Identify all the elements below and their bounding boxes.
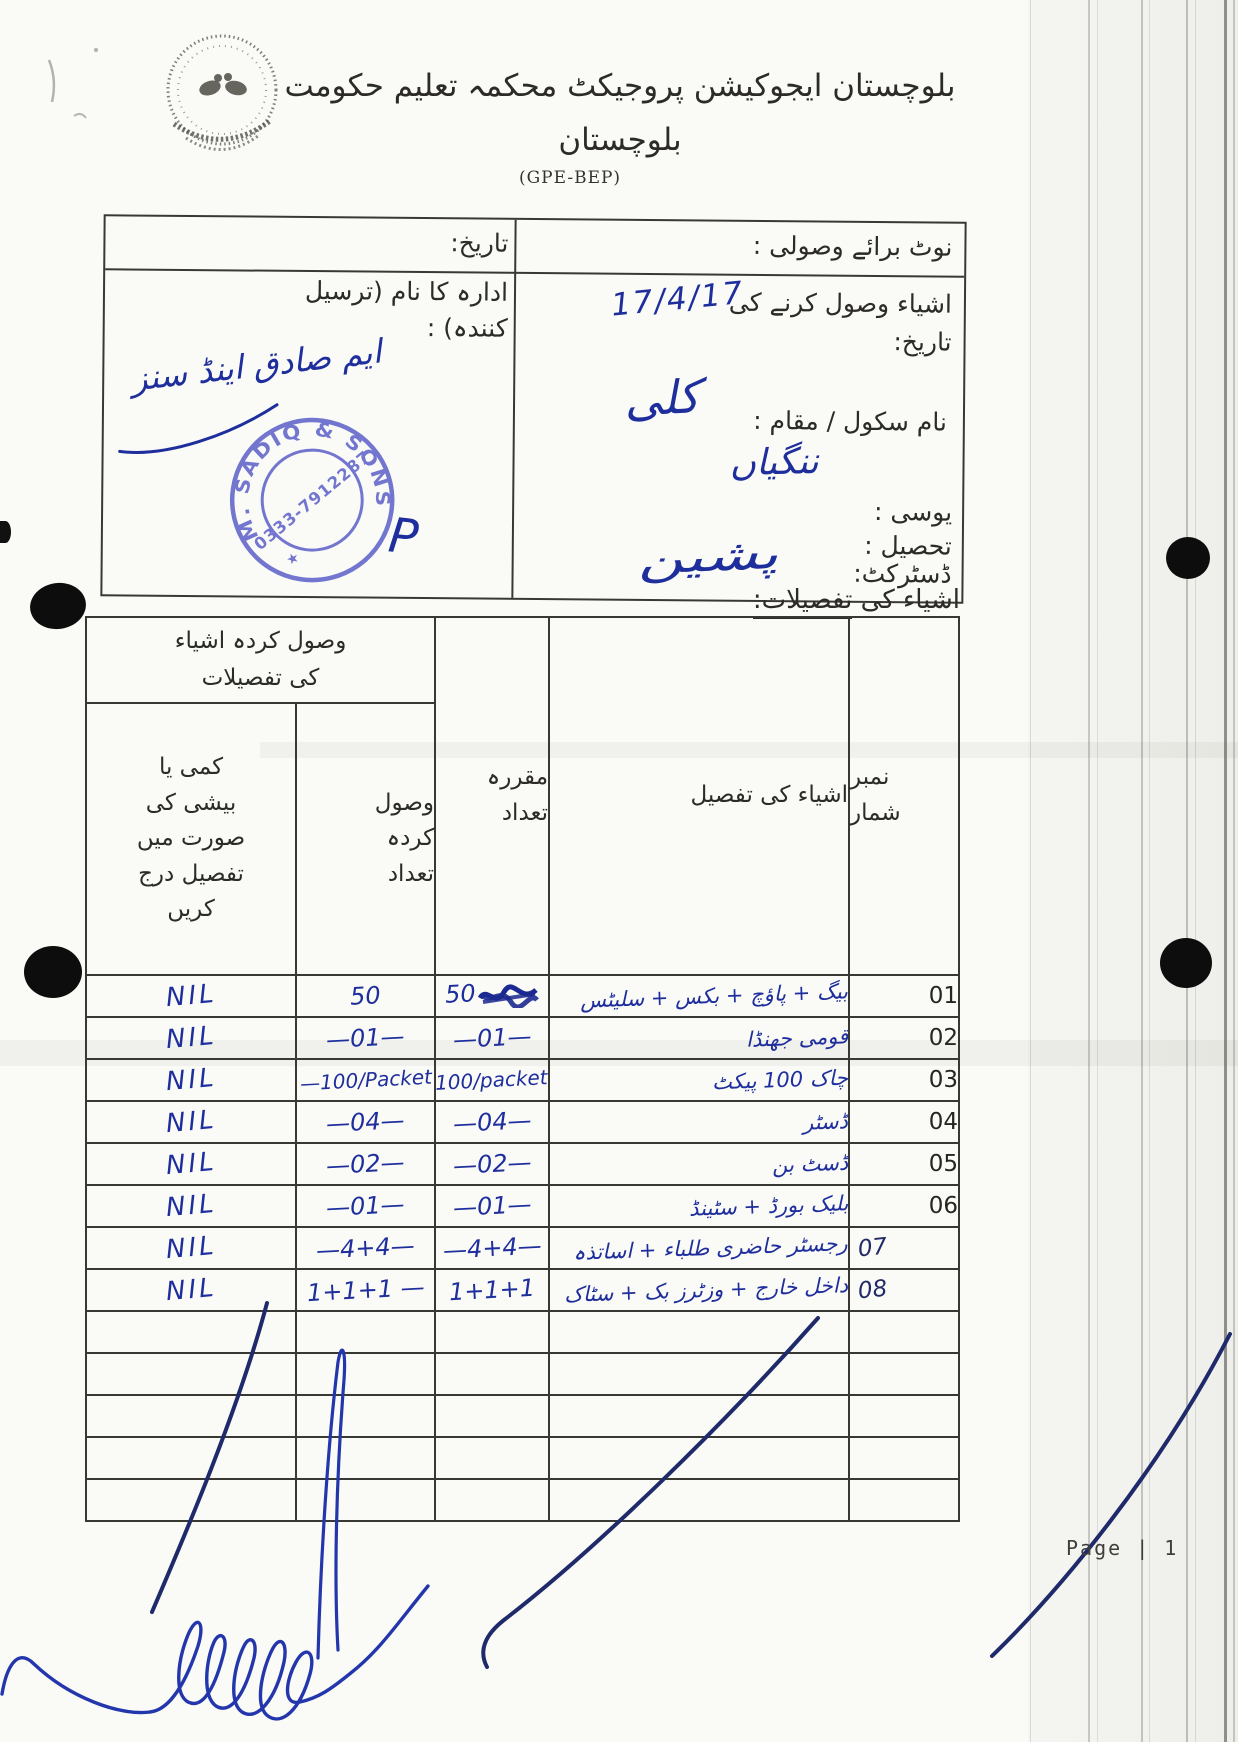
- received-qty-value: —04—: [326, 1106, 406, 1138]
- empty-table-row: [86, 1437, 959, 1479]
- serial-cell: 07: [849, 1227, 959, 1269]
- empty-cell: [849, 1437, 959, 1479]
- tehsil-label: تحصیل :: [864, 531, 952, 561]
- empty-cell: [549, 1353, 849, 1395]
- item-description: ڈسٹر: [803, 1109, 849, 1135]
- empty-cell: [296, 1437, 435, 1479]
- table-row: 04 ڈسٹر —04— —04— NIL: [86, 1101, 959, 1143]
- item-description: بیگ + پاؤچ + بکس + سلیٹس: [580, 979, 849, 1012]
- punch-hole: [24, 946, 82, 998]
- item-description: بلیک بورڈ + سٹینڈ: [688, 1191, 848, 1221]
- fixed-qty-cell: 1+1+1: [435, 1269, 549, 1311]
- items-table: نمبر شمار اشیاء کی تفصیل مقررہ تعداد وصو…: [85, 616, 958, 1522]
- serial-cell: 04: [849, 1101, 959, 1143]
- received-qty-value: —4+4—: [316, 1231, 416, 1264]
- serial-number: 04: [929, 1109, 958, 1135]
- empty-cell: [296, 1353, 435, 1395]
- stamp-company-text: M. SADIQ & SONS: [214, 402, 398, 545]
- column-header-fixed-qty: مقررہ تعداد: [435, 617, 549, 975]
- stamp-star-icon: ★: [284, 549, 302, 569]
- empty-table-row: [86, 1395, 959, 1437]
- empty-cell: [435, 1353, 549, 1395]
- serial-cell: 02: [849, 1017, 959, 1059]
- received-qty-cell: —04—: [296, 1101, 435, 1143]
- empty-cell: [549, 1311, 849, 1353]
- school-name-value-line2: ننگیاں: [729, 441, 819, 484]
- ink-flourish-tail: [111, 391, 292, 473]
- received-qty-value: —100/Packet: [299, 1065, 432, 1096]
- page-edge-line: [1141, 0, 1143, 1742]
- serial-cell: 03: [849, 1059, 959, 1101]
- page-number: Page | 1: [1066, 1536, 1178, 1560]
- page-edge-line: [1224, 0, 1227, 1742]
- item-description: داخل خارج + وزٹرز بک + سٹاک: [564, 1273, 849, 1307]
- table-row: 03 چاک 100 پیکٹ 100/packet —100/Packet N…: [86, 1059, 959, 1101]
- table-row: 05 ڈسٹ بن —02— —02— NIL: [86, 1143, 959, 1185]
- document-subtitle: (GPE-BEP): [70, 168, 1070, 188]
- empty-cell: [549, 1437, 849, 1479]
- document-title-line1: بلوچستان ایجوکیشن پروجیکٹ محکمہ تعلیم حک…: [70, 68, 1170, 104]
- remarks-cell: NIL: [86, 1017, 296, 1059]
- item-description: رجسٹر حاضری طلباء + اساتذہ: [573, 1231, 848, 1265]
- items-details-heading: اشیاء کی تفصیلات:: [753, 585, 960, 615]
- received-qty-value: 50: [350, 981, 382, 1011]
- column-header-received-qty: وصول کردہ تعداد: [296, 703, 435, 975]
- table-row: 07 رجسٹر حاضری طلباء + اساتذہ —4+4— —4+4…: [86, 1227, 959, 1269]
- remarks-cell: NIL: [86, 1227, 296, 1269]
- empty-cell: [435, 1479, 549, 1521]
- paper-edge-zone: [1028, 0, 1238, 1742]
- page-edge-line: [1097, 0, 1098, 1742]
- company-stamp: M. SADIQ & SONS 0333-7912287 ★: [206, 394, 418, 606]
- table-row: 01 بیگ + پاؤچ + بکس + سلیٹس 50 50 NIL: [86, 975, 959, 1017]
- remarks-cell: NIL: [86, 1059, 296, 1101]
- empty-cell: [549, 1395, 849, 1437]
- fixed-qty-value: —4+4—: [442, 1231, 542, 1264]
- serial-number: 02: [929, 1025, 958, 1051]
- page-edge-line: [1088, 0, 1090, 1742]
- punch-hole: [1160, 938, 1212, 988]
- fixed-qty-value: —04—: [452, 1106, 532, 1138]
- svg-text:M. SADIQ & SONS: M. SADIQ & SONS: [214, 402, 398, 545]
- table-band-row: نمبر شمار اشیاء کی تفصیل مقررہ تعداد وصو…: [86, 617, 959, 703]
- fixed-qty-cell: —4+4—: [435, 1227, 549, 1269]
- scanned-document-page: بلوچستان ایجوکیشن پروجیکٹ محکمہ تعلیم حک…: [0, 0, 1238, 1742]
- stamp-phone-text: 0333-7912287: [250, 447, 374, 554]
- signature: [2, 1586, 428, 1719]
- empty-cell: [296, 1479, 435, 1521]
- page-edge-line: [1233, 0, 1235, 1742]
- item-cell: داخل خارج + وزٹرز بک + سٹاک: [549, 1269, 849, 1311]
- remarks-value: NIL: [164, 1231, 217, 1265]
- serial-number: 07: [857, 1234, 889, 1263]
- fixed-qty-cell: —01—: [435, 1185, 549, 1227]
- item-cell: قومی جھنڈا: [549, 1017, 849, 1059]
- ink-check-mark: P: [386, 507, 421, 566]
- received-items-details-header: وصول کردہ اشیاء کی تفصیلات: [86, 617, 435, 703]
- empty-table-row: [86, 1353, 959, 1395]
- received-qty-cell: —100/Packet: [296, 1059, 435, 1101]
- empty-table-row: [86, 1311, 959, 1353]
- remarks-cell: NIL: [86, 1143, 296, 1185]
- table-row: 08 داخل خارج + وزٹرز بک + سٹاک 1+1+1 1+1…: [86, 1269, 959, 1311]
- fixed-qty-cell: 100/packet: [435, 1059, 549, 1101]
- district-value: پشین: [636, 529, 779, 584]
- punch-hole: [27, 579, 89, 632]
- item-cell: رجسٹر حاضری طلباء + اساتذہ: [549, 1227, 849, 1269]
- table-row: 06 بلیک بورڈ + سٹینڈ —01— —01— NIL: [86, 1185, 959, 1227]
- table-row: 02 قومی جھنڈا —01— —01— NIL: [86, 1017, 959, 1059]
- fixed-qty-value: —01—: [452, 1022, 532, 1054]
- empty-cell: [86, 1479, 296, 1521]
- empty-cell: [296, 1311, 435, 1353]
- note-for-receipt-label: نوٹ برائے وصولی :: [753, 231, 953, 262]
- remarks-value: NIL: [164, 1147, 217, 1181]
- item-cell: ڈسٹر: [549, 1101, 849, 1143]
- remarks-cell: NIL: [86, 1185, 296, 1227]
- remarks-value: NIL: [164, 1189, 217, 1223]
- column-header-remarks: کمی یا بیشی کی صورت میں تفصیل درج کریں: [86, 703, 296, 975]
- received-qty-value: —02—: [326, 1148, 406, 1180]
- item-cell: بیگ + پاؤچ + بکس + سلیٹس: [549, 975, 849, 1017]
- document-title-line2: بلوچستان: [70, 122, 1170, 158]
- uc-label: یوسی :: [874, 497, 952, 527]
- received-qty-value: —01—: [326, 1190, 406, 1222]
- serial-cell: 01: [849, 975, 959, 1017]
- remarks-value: NIL: [164, 1063, 217, 1097]
- remarks-cell: NIL: [86, 975, 296, 1017]
- column-header-serial: نمبر شمار: [849, 617, 959, 975]
- heading-underlined-word: تفصیلات:: [753, 585, 853, 619]
- empty-cell: [849, 1311, 959, 1353]
- item-description: چاک 100 پیکٹ: [712, 1066, 849, 1095]
- fixed-qty-value: 100/packet: [435, 1065, 549, 1095]
- empty-cell: [86, 1353, 296, 1395]
- received-qty-value: —01—: [326, 1022, 406, 1054]
- remarks-value: NIL: [164, 979, 217, 1013]
- fixed-qty-cell: —04—: [435, 1101, 549, 1143]
- school-name-label: نام سکول / مقام :: [753, 406, 947, 437]
- empty-table-row: [86, 1479, 959, 1521]
- fixed-qty-value: —01—: [452, 1190, 532, 1222]
- item-description: قومی جھنڈا: [745, 1024, 848, 1052]
- serial-number: 06: [929, 1193, 958, 1219]
- page-edge-line: [1149, 0, 1150, 1742]
- empty-cell: [86, 1311, 296, 1353]
- empty-cell: [435, 1311, 549, 1353]
- heading-prefix: اشیاء کی: [852, 585, 960, 615]
- serial-cell: 05: [849, 1143, 959, 1185]
- item-description: ڈسٹ بن: [772, 1151, 849, 1178]
- form-column-divider: [511, 220, 516, 598]
- column-header-item-detail: اشیاء کی تفصیل: [549, 617, 849, 975]
- page-edge-line: [1186, 0, 1188, 1742]
- serial-number: 03: [929, 1067, 958, 1093]
- page-edge-line: [1195, 0, 1196, 1742]
- remarks-value: NIL: [164, 1273, 217, 1307]
- item-cell: ڈسٹ بن: [549, 1143, 849, 1185]
- edge-ink-mark: [0, 521, 11, 543]
- serial-number: 05: [929, 1151, 958, 1177]
- empty-cell: [435, 1395, 549, 1437]
- serial-number: 08: [857, 1276, 889, 1305]
- received-qty-cell: 50: [296, 975, 435, 1017]
- date-label: تاریخ:: [450, 228, 508, 258]
- fixed-qty-value: 1+1+1: [448, 1274, 535, 1306]
- empty-cell: [86, 1437, 296, 1479]
- remarks-value: NIL: [164, 1105, 217, 1139]
- received-qty-cell: —01—: [296, 1185, 435, 1227]
- punch-hole: [1166, 537, 1210, 579]
- empty-cell: [86, 1395, 296, 1437]
- school-name-value-line1: کلی: [623, 369, 702, 428]
- serial-cell: 06: [849, 1185, 959, 1227]
- serial-cell: 08: [849, 1269, 959, 1311]
- remarks-cell: NIL: [86, 1269, 296, 1311]
- received-qty-cell: 1+1+1 —: [296, 1269, 435, 1311]
- remarks-value: NIL: [164, 1021, 217, 1055]
- received-qty-cell: —02—: [296, 1143, 435, 1185]
- receipt-note-form: نوٹ برائے وصولی : تاریخ: اشیاء وصول کرنے…: [100, 214, 966, 604]
- item-cell: چاک 100 پیکٹ: [549, 1059, 849, 1101]
- empty-cell: [849, 1395, 959, 1437]
- received-qty-value: 1+1+1 —: [306, 1273, 425, 1307]
- fixed-qty-value: —02—: [452, 1148, 532, 1180]
- remarks-cell: NIL: [86, 1101, 296, 1143]
- empty-cell: [435, 1437, 549, 1479]
- ink-scribble: [477, 984, 539, 1012]
- item-cell: بلیک بورڈ + سٹینڈ: [549, 1185, 849, 1227]
- empty-cell: [849, 1353, 959, 1395]
- fixed-qty-value: 50: [444, 979, 476, 1009]
- empty-cell: [296, 1395, 435, 1437]
- received-qty-cell: —4+4—: [296, 1227, 435, 1269]
- fixed-qty-cell: —02—: [435, 1143, 549, 1185]
- fixed-qty-cell: —01—: [435, 1017, 549, 1059]
- serial-number: 01: [929, 983, 958, 1009]
- empty-cell: [849, 1479, 959, 1521]
- received-qty-cell: —01—: [296, 1017, 435, 1059]
- fixed-qty-cell: 50: [435, 975, 549, 1017]
- empty-cell: [549, 1479, 849, 1521]
- page-edge-line: [1030, 0, 1031, 1742]
